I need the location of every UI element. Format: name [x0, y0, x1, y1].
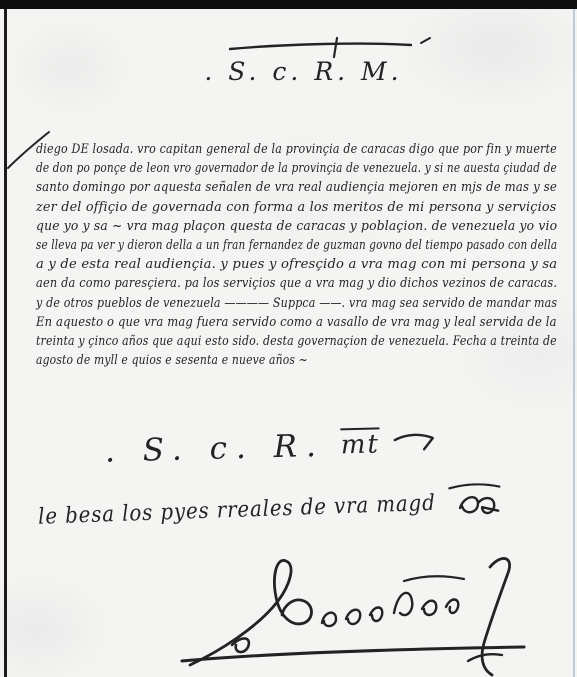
- body-line-row: a y de esta real audiençia. y pues y ofr…: [36, 253, 557, 272]
- body-line-row: se lleva pa ver y dieron della a un fran…: [36, 234, 557, 253]
- body-line: de don po ponçe de leon vro governador d…: [36, 161, 557, 176]
- body-line: a y de esta real audiençia. y pues y ofr…: [36, 257, 557, 272]
- scan-border-left: [4, 9, 7, 677]
- scan-border-top: [0, 0, 577, 9]
- scanned-letter-page: . S. c. R. M. diego DE losada. vro capit…: [0, 0, 577, 677]
- monogram-scrm: . S. c. R. M.: [0, 57, 577, 86]
- body-line: agosto de myll e quios e sesenta e nueve…: [36, 353, 308, 368]
- closing-salutation-flourish: [445, 480, 504, 522]
- body-line-row: zer del offiçio de governada con forma a…: [36, 196, 557, 215]
- body-line: y de otros pueblos de venezuela ———— Sup…: [36, 296, 557, 311]
- body-line-row: santo domingo por aquesta señalen de vra…: [36, 176, 557, 195]
- body-line: zer del offiçio de governada con forma a…: [36, 200, 557, 215]
- body-line-row: aen da como paresçiera. pa los serviçios…: [36, 272, 557, 291]
- closing-monogram: . S. c. R.mt: [105, 426, 381, 469]
- closing-monogram-text: . S. c. R.: [105, 428, 326, 470]
- closing-salutation-text: le besa los pyes rreales de vra magd: [38, 491, 436, 530]
- body-line: En aquesto o que vra mag fuera servido c…: [36, 315, 557, 330]
- body-line: treinta y çinco años que aqui esto sido.…: [36, 334, 557, 349]
- closing-monogram-flourish: [393, 429, 438, 456]
- body-line: aen da como paresçiera. pa los serviçios…: [36, 276, 557, 291]
- body-line: que yo y sa ~ vra mag plaçon questa de c…: [36, 219, 557, 234]
- body-line-row: y de otros pueblos de venezuela ———— Sup…: [36, 292, 557, 311]
- body-line-row: diego DE losada. vro capitan general de …: [36, 138, 557, 157]
- body-line-row: treinta y çinco años que aqui esto sido.…: [36, 330, 557, 349]
- body-line: diego DE losada. vro capitan general de …: [36, 142, 557, 157]
- body-line-row: de don po ponçe de leon vro governador d…: [36, 157, 557, 176]
- closing-salutation: le besa los pyes rreales de vra magd: [38, 487, 539, 529]
- body-line-row: que yo y sa ~ vra mag plaçon questa de c…: [36, 215, 557, 234]
- body-line-row: agosto de myll e quios e sesenta e nueve…: [36, 349, 557, 368]
- body-line: santo domingo por aquesta señalen de vra…: [36, 180, 557, 195]
- signature-flourish: [172, 549, 552, 677]
- closing-monogram-abbrev: mt: [340, 429, 380, 460]
- body-line-row: En aquesto o que vra mag fuera servido c…: [36, 311, 557, 330]
- scan-edge-right: [573, 9, 575, 677]
- letter-body: diego DE losada. vro capitan general de …: [36, 138, 557, 368]
- body-line: se lleva pa ver y dieron della a un fran…: [36, 238, 557, 253]
